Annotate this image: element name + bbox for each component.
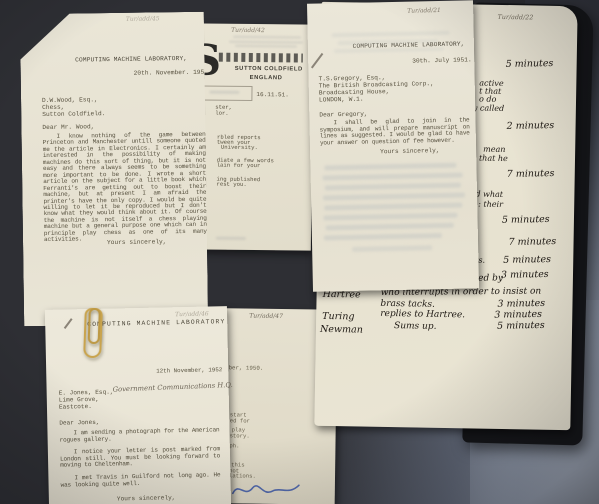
letterhead-ornament-row [219,53,303,63]
recipient-line: LONDON, W.1. [319,96,364,104]
bleedthrough-line [324,233,442,240]
archive-reference: Tur/add/42 [231,27,265,34]
agenda-speaker: Turing [322,311,354,323]
letterhead-small-print [235,45,297,48]
bleedthrough-line [323,173,463,181]
minutes-label: 5 minutes [503,254,551,266]
letter-paragraph: I notice your letter is post marked from… [60,446,220,469]
closing: Yours sincerely, [117,494,176,502]
minutes-label: 3 minutes [501,269,549,281]
letterhead-country: ENGLAND [250,75,283,81]
note-fragment: that he [479,154,508,164]
pencil-mark [64,318,72,329]
minutes-label: 5 minutes [506,58,554,70]
paper-clip-inner-loop [88,308,101,344]
recipient-line: Eastcote. [59,403,92,411]
date-fragment: ber, 1950. [228,364,263,371]
bleedthrough-line [324,203,462,211]
photograph-of-letters: Tur/add/42 S SUTTON COLDFIELD ENGLAND 16… [0,0,599,504]
body-fragment: lain for your [217,162,261,169]
minutes-label: 7 minutes [507,168,555,180]
minutes-label: 7 minutes [508,236,556,248]
bleedthrough-line [325,183,461,191]
bleedthrough-line [323,213,457,221]
letterhead-text: COMPUTING MACHINE LABORATORY [87,318,225,328]
archive-reference: Tur/add/47 [249,313,283,320]
letterhead-small-print [229,40,303,43]
letter-date: 16.11.51. [256,91,288,98]
reference-box [200,85,252,101]
letter-date: 20th. November. 1951 [134,69,208,77]
note-fragment: o do [479,95,496,104]
letterhead: COMPUTING MACHINE LABORATORY, [48,29,183,85]
minutes-label: 5 minutes [502,214,550,226]
body-fragment: story. [230,432,250,439]
minutes-label: 2 minutes [506,120,554,132]
gregory-letter: Tur/add/21 COMPUTING MACHINE LABORATORY,… [307,0,479,291]
paper-clip [81,306,107,361]
bleedthrough-line [324,163,456,171]
archive-reference: Tur/add/46 [175,310,209,318]
letter-paragraph: I met Travis in Guilford not long ago. H… [60,472,220,489]
salutation: Dear Jones, [59,419,99,427]
address-fragment: lor. [215,110,229,117]
sutton-coldfield-letter: Tur/add/42 S SUTTON COLDFIELD ENGLAND 16… [189,23,313,250]
salutation: Dear Mr. Wood, [42,123,94,131]
agenda-action: Sums up. [394,321,437,332]
salutation: Dear Gregory, [319,111,367,119]
body-fragment: ed for [230,417,250,424]
bleedthrough-line [326,223,454,231]
letter-date: 30th. July 1951. [412,56,472,64]
agenda-speaker: Newman [320,324,363,336]
recipient-handwritten-insert: Government Communications H.Q. [112,381,232,394]
recipient-line: D.W.Wood, Esq., [42,96,98,104]
letter-date: 12th November, 1952 [156,366,222,374]
pencil-mark [311,53,323,68]
bleedthrough-line [352,245,432,252]
jones-letter: Tur/add/46 COMPUTING MACHINE LABORATORY … [45,306,231,504]
body-fragment: University. [221,144,258,151]
body-fragment: rest you. [216,181,246,188]
recipient-line: Sutton Coldfield. [42,110,105,118]
letterhead-text: COMPUTING MACHINE LABORATORY, [75,55,187,64]
closing: Yours sincerely, [107,238,167,246]
body-fragment: ph. [229,442,239,449]
note-fragment: : their [478,200,503,209]
letter-paragraph: I am sending a photograph for the Americ… [59,427,219,444]
closing: Yours sincerely, [380,147,440,155]
bleedthrough-line [323,193,465,201]
archive-reference: Tur/add/21 [407,7,441,15]
note-fragment: mean [483,145,505,154]
letterhead-place: SUTTON COLDFIELD [235,66,303,73]
letterhead-small-print [233,36,301,39]
printed-footer [216,237,246,240]
wood-letter: Tur/add/45 COMPUTING MACHINE LABORATORY,… [20,12,208,327]
minutes-label: 3 minutes [494,309,542,321]
archive-reference: Tur/add/22 [497,13,533,22]
blue-ink-signature [231,478,303,503]
archive-reference: Tur/add/45 [126,15,160,22]
agenda-action: replies to Hartree. [380,309,465,320]
letter-body: I shall be glad to join in the symposium… [319,117,470,147]
minutes-label: 5 minutes [497,320,545,332]
letter-body: I know nothing of the game between Princ… [43,132,208,244]
note-fragment: y called [473,103,504,113]
reference-text [209,91,239,94]
note-fragment: d what [475,190,503,199]
